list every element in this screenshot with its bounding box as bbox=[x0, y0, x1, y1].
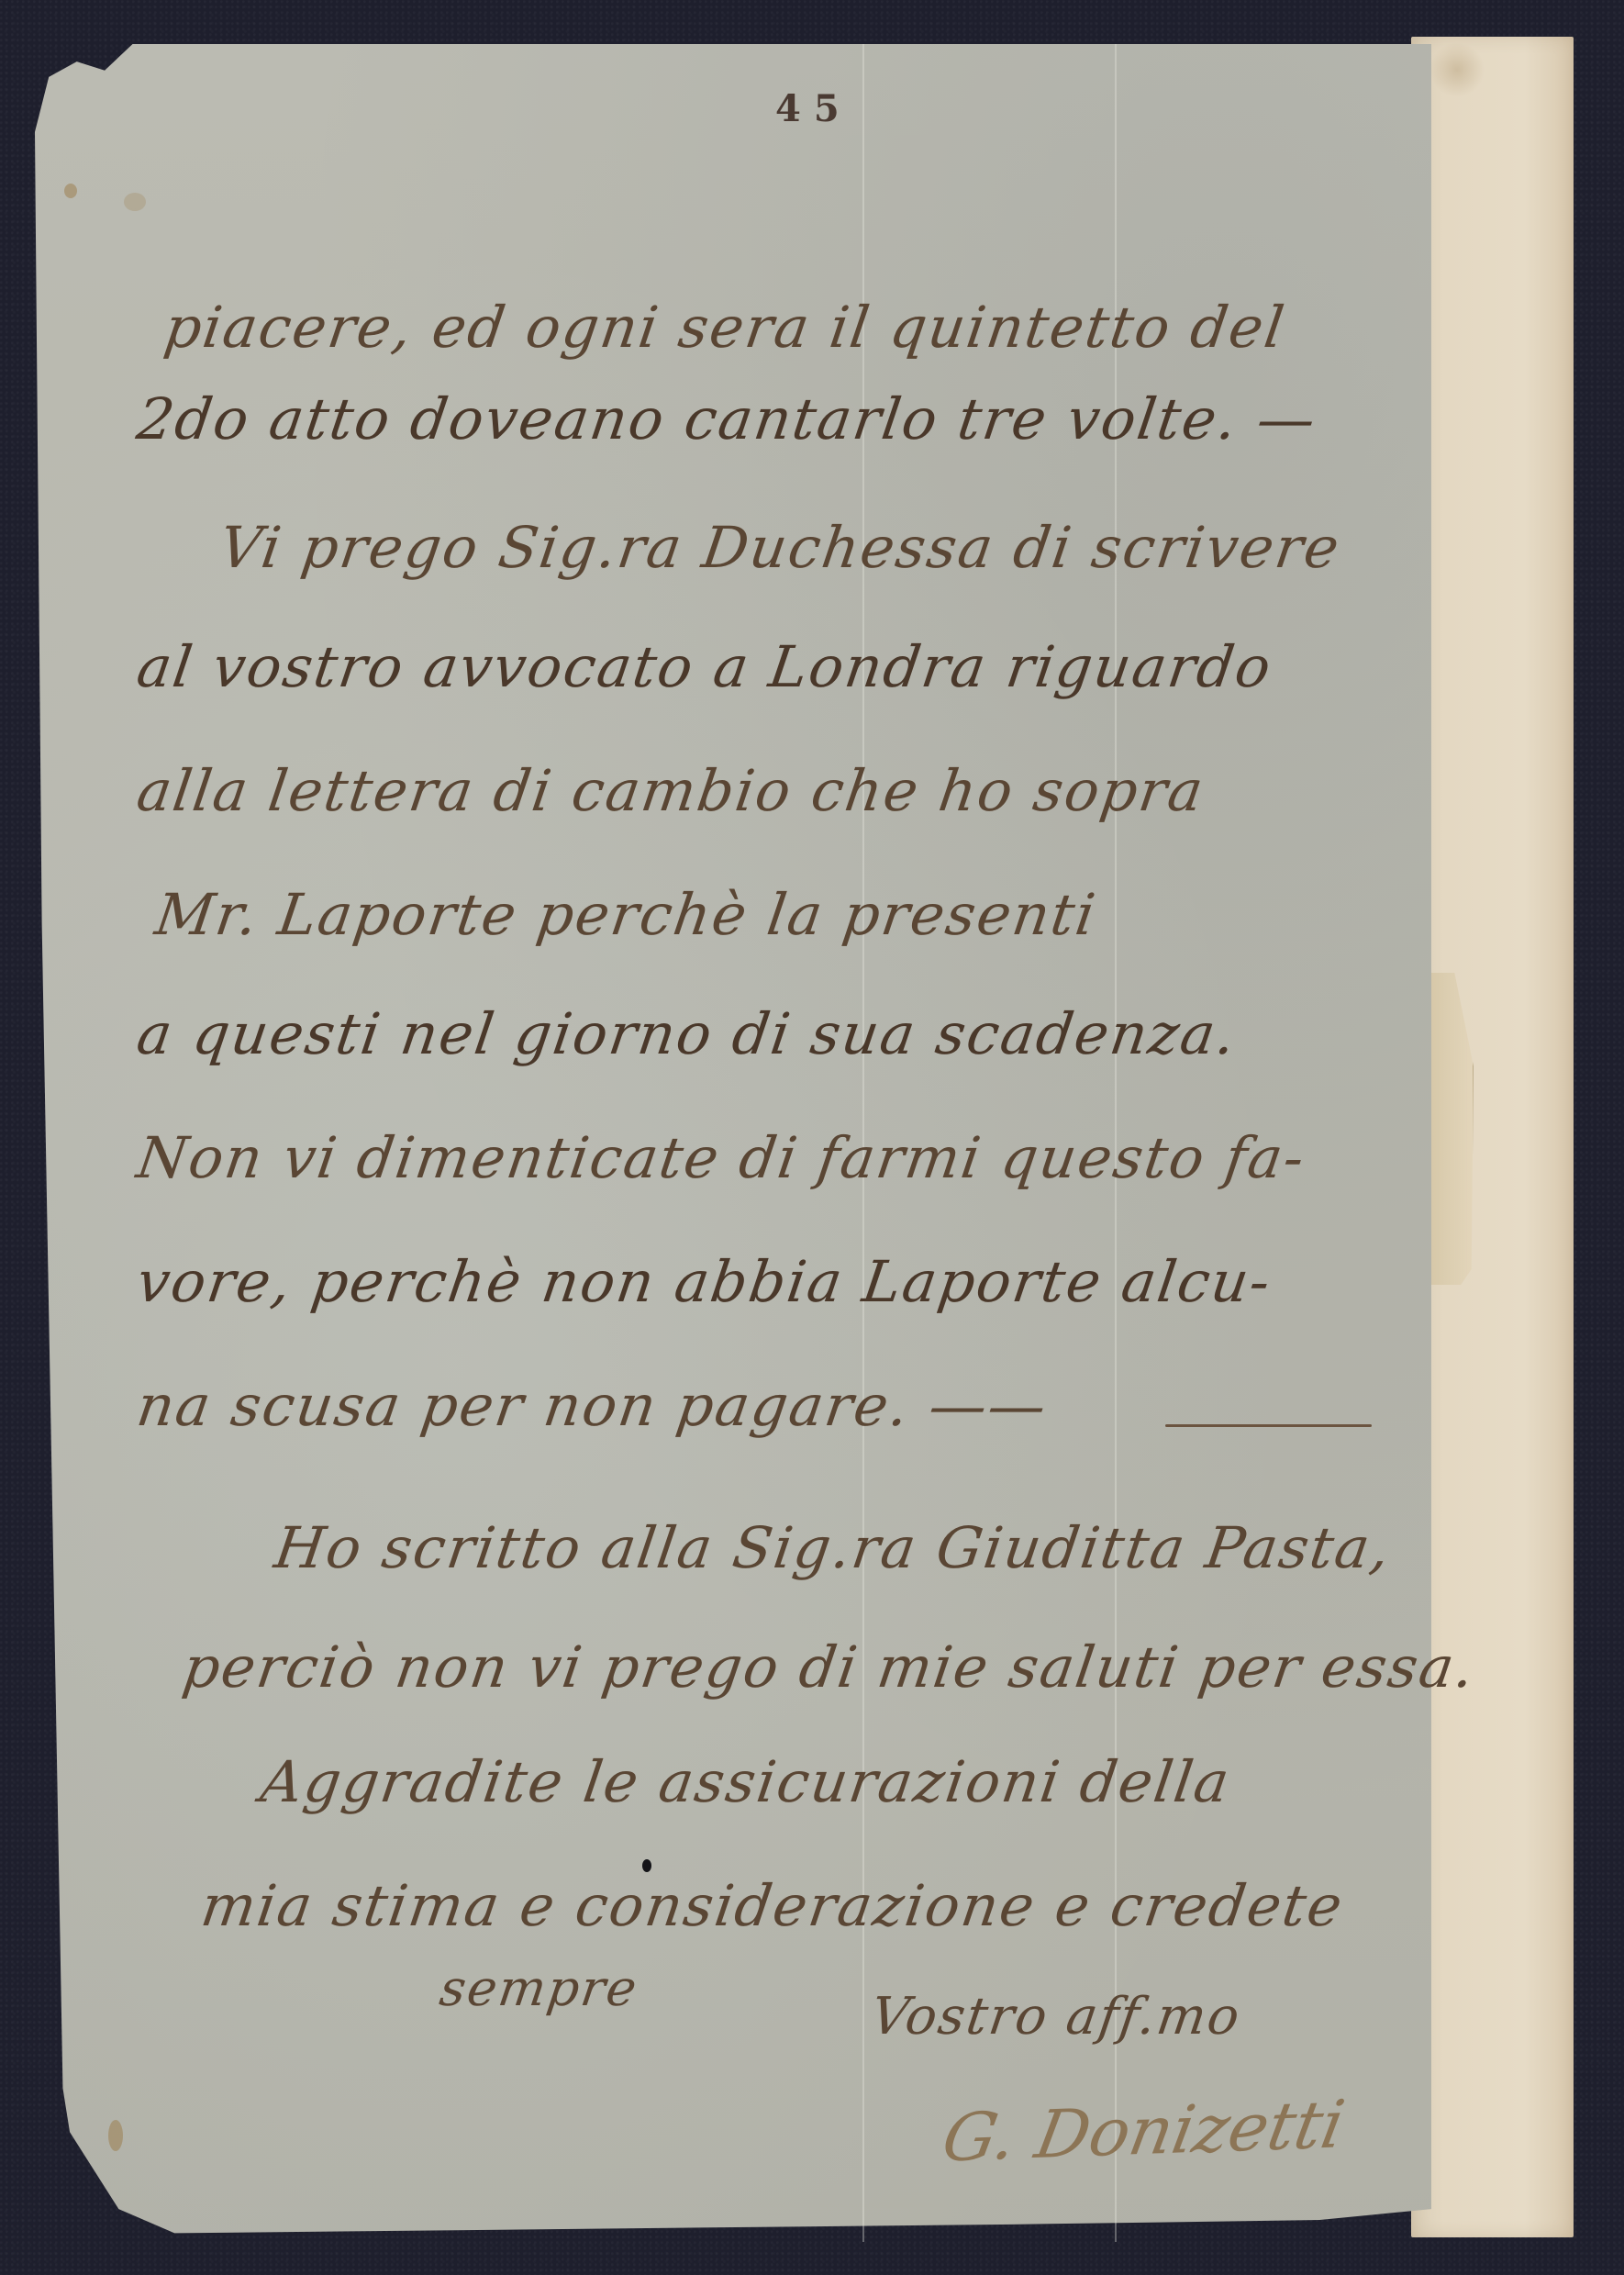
text-line: Non vi dimenticate di farmi questo fa- bbox=[133, 1124, 1310, 1191]
stain bbox=[1429, 42, 1485, 97]
text-line: perciò non vi prego di mie saluti per es… bbox=[179, 1634, 1480, 1701]
stain-spot bbox=[64, 184, 77, 198]
text-line: na scusa per non pagare. —— bbox=[133, 1372, 1052, 1439]
text-line: alla lettera di cambio che ho sopra bbox=[133, 757, 1209, 824]
ink-dot bbox=[642, 1859, 651, 1872]
text-line: Vi prego Sig.ra Duchessa di scrivere bbox=[216, 514, 1345, 581]
signature: G. Donizetti bbox=[937, 2085, 1350, 2176]
closing-valediction: Vostro aff.mo bbox=[867, 1987, 1244, 2046]
line-rule bbox=[1165, 1424, 1372, 1427]
text-line: vore, perchè non abbia Laporte alcu- bbox=[133, 1248, 1276, 1315]
stain-spot bbox=[124, 193, 146, 211]
text-line: Mr. Laporte perchè la presenti bbox=[151, 881, 1101, 948]
text-line: mia stima e considerazione e credete bbox=[197, 1872, 1348, 1939]
text-line: al vostro avvocato a Londra riguardo bbox=[133, 633, 1276, 700]
text-line: 2do atto doveano cantarlo tre volte. — bbox=[133, 385, 1321, 452]
text-line: Ho scritto alla Sig.ra Giuditta Pasta, bbox=[271, 1514, 1396, 1581]
page-number: 45 bbox=[775, 87, 852, 130]
stain-spot bbox=[108, 2120, 123, 2151]
text-line: piacere, ed ogni sera il quintetto del bbox=[161, 294, 1290, 361]
closing-sempre: sempre bbox=[437, 1959, 642, 2017]
text-line: Aggradite le assicurazioni della bbox=[257, 1748, 1235, 1815]
text-line: a questi nel giorno di sua scadenza. bbox=[133, 1000, 1241, 1067]
